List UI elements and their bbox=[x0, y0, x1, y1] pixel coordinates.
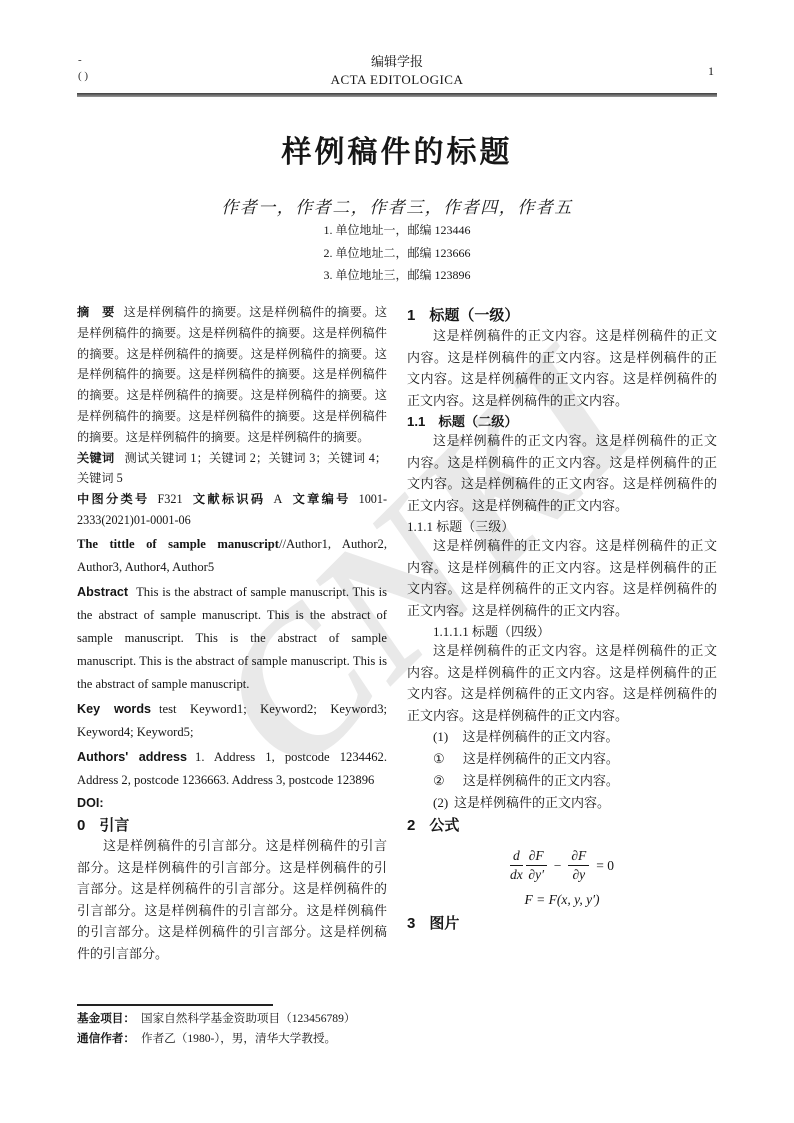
section-0-title: 引言 bbox=[99, 817, 129, 834]
section-1-1-1-paragraph: 这是样例稿件的正文内容。这是样例稿件的正文内容。这是样例稿件的正文内容。这是样例… bbox=[407, 535, 717, 621]
authors-address-label: Authors' address bbox=[77, 750, 187, 764]
euler-lagrange-equation: ddx ∂F∂y′ − ∂F∂y = 0 bbox=[510, 848, 614, 883]
list-item: ①这是样例稿件的正文内容。 bbox=[433, 748, 717, 770]
affiliation-line: 3. 单位地址三，邮编 123896 bbox=[0, 264, 794, 287]
function-definition-equation: F = F(x, y, y′) bbox=[407, 892, 717, 908]
fraction-denominator: ∂y′ bbox=[528, 866, 544, 883]
list-item-marker: (1) bbox=[433, 726, 448, 748]
fund-project-label: 基金项目： bbox=[77, 1012, 135, 1025]
journal-title-en: ACTA EDITOLOGICA bbox=[77, 71, 717, 89]
affiliation-line: 2. 单位地址二，邮编 123666 bbox=[0, 242, 794, 265]
list-item-marker: ② bbox=[433, 770, 445, 792]
doc-code-label: 文献标识码 bbox=[191, 492, 266, 506]
section-2-number: 2 bbox=[407, 817, 415, 834]
author-list: 作者一，作者二，作者三，作者四，作者五 bbox=[0, 193, 794, 218]
citation-en-title: The tittle of sample manuscript bbox=[77, 537, 279, 551]
right-column: 1标题（一级） 这是样例稿件的正文内容。这是样例稿件的正文内容。这是样例稿件的正… bbox=[407, 302, 717, 933]
fraction-numerator: ∂F bbox=[526, 848, 547, 866]
list-item: ②这是样例稿件的正文内容。 bbox=[433, 770, 717, 792]
fund-project-text: 国家自然科学基金资助项目（123456789） bbox=[141, 1012, 356, 1025]
abstract-en-text: This is the abstract of sample manuscrip… bbox=[77, 585, 387, 691]
section-1-1-paragraph: 这是样例稿件的正文内容。这是样例稿件的正文内容。这是样例稿件的正文内容。这是样例… bbox=[407, 430, 717, 516]
keywords-cn-text: 测试关键词 1；关键词 2；关键词 3；关键词 4；关键词 5 bbox=[77, 451, 387, 486]
classification-line: 中图分类号F321文献标识码A文章编号1001-2333(2021)01-000… bbox=[77, 489, 387, 531]
keywords-cn-label: 关键词 bbox=[77, 451, 115, 465]
corresponding-author-label: 通信作者： bbox=[77, 1032, 135, 1045]
list-item-text: 这是样例稿件的正文内容。 bbox=[454, 795, 610, 810]
list-item-marker: ① bbox=[433, 748, 445, 770]
section-1-heading: 1标题（一级） bbox=[407, 304, 717, 325]
doi-label: DOI: bbox=[77, 796, 104, 810]
running-head-center: 编辑学报 ACTA EDITOLOGICA bbox=[77, 53, 717, 89]
abstract-en: AbstractThis is the abstract of sample m… bbox=[77, 581, 387, 696]
clc-label: 中图分类号 bbox=[77, 492, 150, 506]
section-1-1-1-1-paragraph: 这是样例稿件的正文内容。这是样例稿件的正文内容。这是样例稿件的正文内容。这是样例… bbox=[407, 640, 717, 726]
section-1-number: 1 bbox=[407, 307, 415, 324]
left-column: 摘 要这是样例稿件的摘要。这是样例稿件的摘要。这是样例稿件的摘要。这是样例稿件的… bbox=[77, 302, 387, 964]
footnote-rule bbox=[77, 1004, 273, 1006]
section-3-number: 3 bbox=[407, 915, 415, 932]
affiliation-line: 1. 单位地址一，邮编 123446 bbox=[0, 219, 794, 242]
fraction-dF-dyprime: ∂F∂y′ bbox=[526, 848, 547, 883]
section-2-heading: 2公式 bbox=[407, 814, 717, 835]
list-item-text: 这是样例稿件的正文内容。 bbox=[463, 773, 619, 788]
section-3-title: 图片 bbox=[429, 915, 459, 932]
section-1-paragraph: 这是样例稿件的正文内容。这是样例稿件的正文内容。这是样例稿件的正文内容。这是样例… bbox=[407, 325, 717, 411]
section-1-1-1-1-heading: 1.1.1.1 标题（四级） bbox=[407, 621, 717, 640]
citation-en: The tittle of sample manuscript//Author1… bbox=[77, 533, 387, 579]
keywords-cn: 关键词测试关键词 1；关键词 2；关键词 3；关键词 4；关键词 5 bbox=[77, 448, 387, 490]
corresponding-author-line: 通信作者：作者乙（1980-），男，清华大学教授。 bbox=[77, 1029, 417, 1049]
section-3-heading: 3图片 bbox=[407, 912, 717, 933]
list-item-text: 这是样例稿件的正文内容。 bbox=[463, 751, 619, 766]
doc-code-value: A bbox=[273, 492, 282, 506]
doi-line: DOI: bbox=[77, 792, 387, 814]
fund-project-line: 基金项目：国家自然科学基金资助项目（123456789） bbox=[77, 1009, 417, 1029]
journal-title-cn: 编辑学报 bbox=[77, 53, 717, 71]
equation-block: ddx ∂F∂y′ − ∂F∂y = 0 F = F(x, y, y′) bbox=[407, 847, 717, 908]
list-item-text: 这是样例稿件的正文内容。 bbox=[462, 729, 618, 744]
article-no-label: 文章编号 bbox=[290, 492, 350, 506]
article-title: 样例稿件的标题 bbox=[0, 127, 794, 171]
keywords-en-label: Key words bbox=[77, 702, 151, 716]
section-2-title: 公式 bbox=[429, 817, 459, 834]
fraction-denominator: ∂y bbox=[572, 866, 585, 883]
authors-address: Authors' address1. Address 1, postcode 1… bbox=[77, 746, 387, 792]
keywords-en: Key wordstest Keyword1; Keyword2; Keywor… bbox=[77, 698, 387, 744]
minus-operator: − bbox=[554, 858, 562, 874]
corresponding-author-text: 作者乙（1980-），男，清华大学教授。 bbox=[141, 1032, 336, 1045]
section-1-title: 标题（一级） bbox=[429, 307, 519, 324]
fraction-numerator: ∂F bbox=[568, 848, 589, 866]
abstract-cn-text: 这是样例稿件的摘要。这是样例稿件的摘要。这是样例稿件的摘要。这是样例稿件的摘要。… bbox=[77, 305, 387, 444]
abstract-cn: 摘 要这是样例稿件的摘要。这是样例稿件的摘要。这是样例稿件的摘要。这是样例稿件的… bbox=[77, 302, 387, 448]
equation-rhs: = 0 bbox=[596, 858, 614, 874]
section-0-number: 0 bbox=[77, 817, 85, 834]
manuscript-page: CNKI - ( ) 编辑学报 ACTA EDITOLOGICA 1 样例稿件的… bbox=[0, 0, 794, 1123]
header-rule bbox=[77, 93, 717, 97]
list-item: (1)这是样例稿件的正文内容。 bbox=[433, 726, 717, 748]
section-1-1-1-heading: 1.1.1 标题（三级） bbox=[407, 516, 717, 535]
clc-value: F321 bbox=[158, 492, 183, 506]
section-0-heading: 0引言 bbox=[77, 814, 387, 835]
list-item: (2)这是样例稿件的正文内容。 bbox=[433, 792, 717, 814]
fraction-numerator: d bbox=[510, 848, 523, 866]
abstract-en-label: Abstract bbox=[77, 585, 128, 599]
section-1-1-heading: 1.1 标题（二级） bbox=[407, 411, 717, 430]
footnote-block: 基金项目：国家自然科学基金资助项目（123456789） 通信作者：作者乙（19… bbox=[77, 1009, 417, 1048]
list-item-marker: (2) bbox=[433, 792, 448, 814]
page-number: 1 bbox=[708, 64, 714, 79]
fraction-dF-dy: ∂F∂y bbox=[568, 848, 589, 883]
fraction-d-dx: ddx bbox=[510, 848, 523, 883]
introduction-paragraph: 这是样例稿件的引言部分。这是样例稿件的引言部分。这是样例稿件的引言部分。这是样例… bbox=[77, 835, 387, 964]
affiliation-list: 1. 单位地址一，邮编 123446 2. 单位地址二，邮编 123666 3.… bbox=[0, 219, 794, 287]
fraction-denominator: dx bbox=[510, 866, 523, 883]
abstract-cn-label: 摘 要 bbox=[77, 305, 115, 319]
